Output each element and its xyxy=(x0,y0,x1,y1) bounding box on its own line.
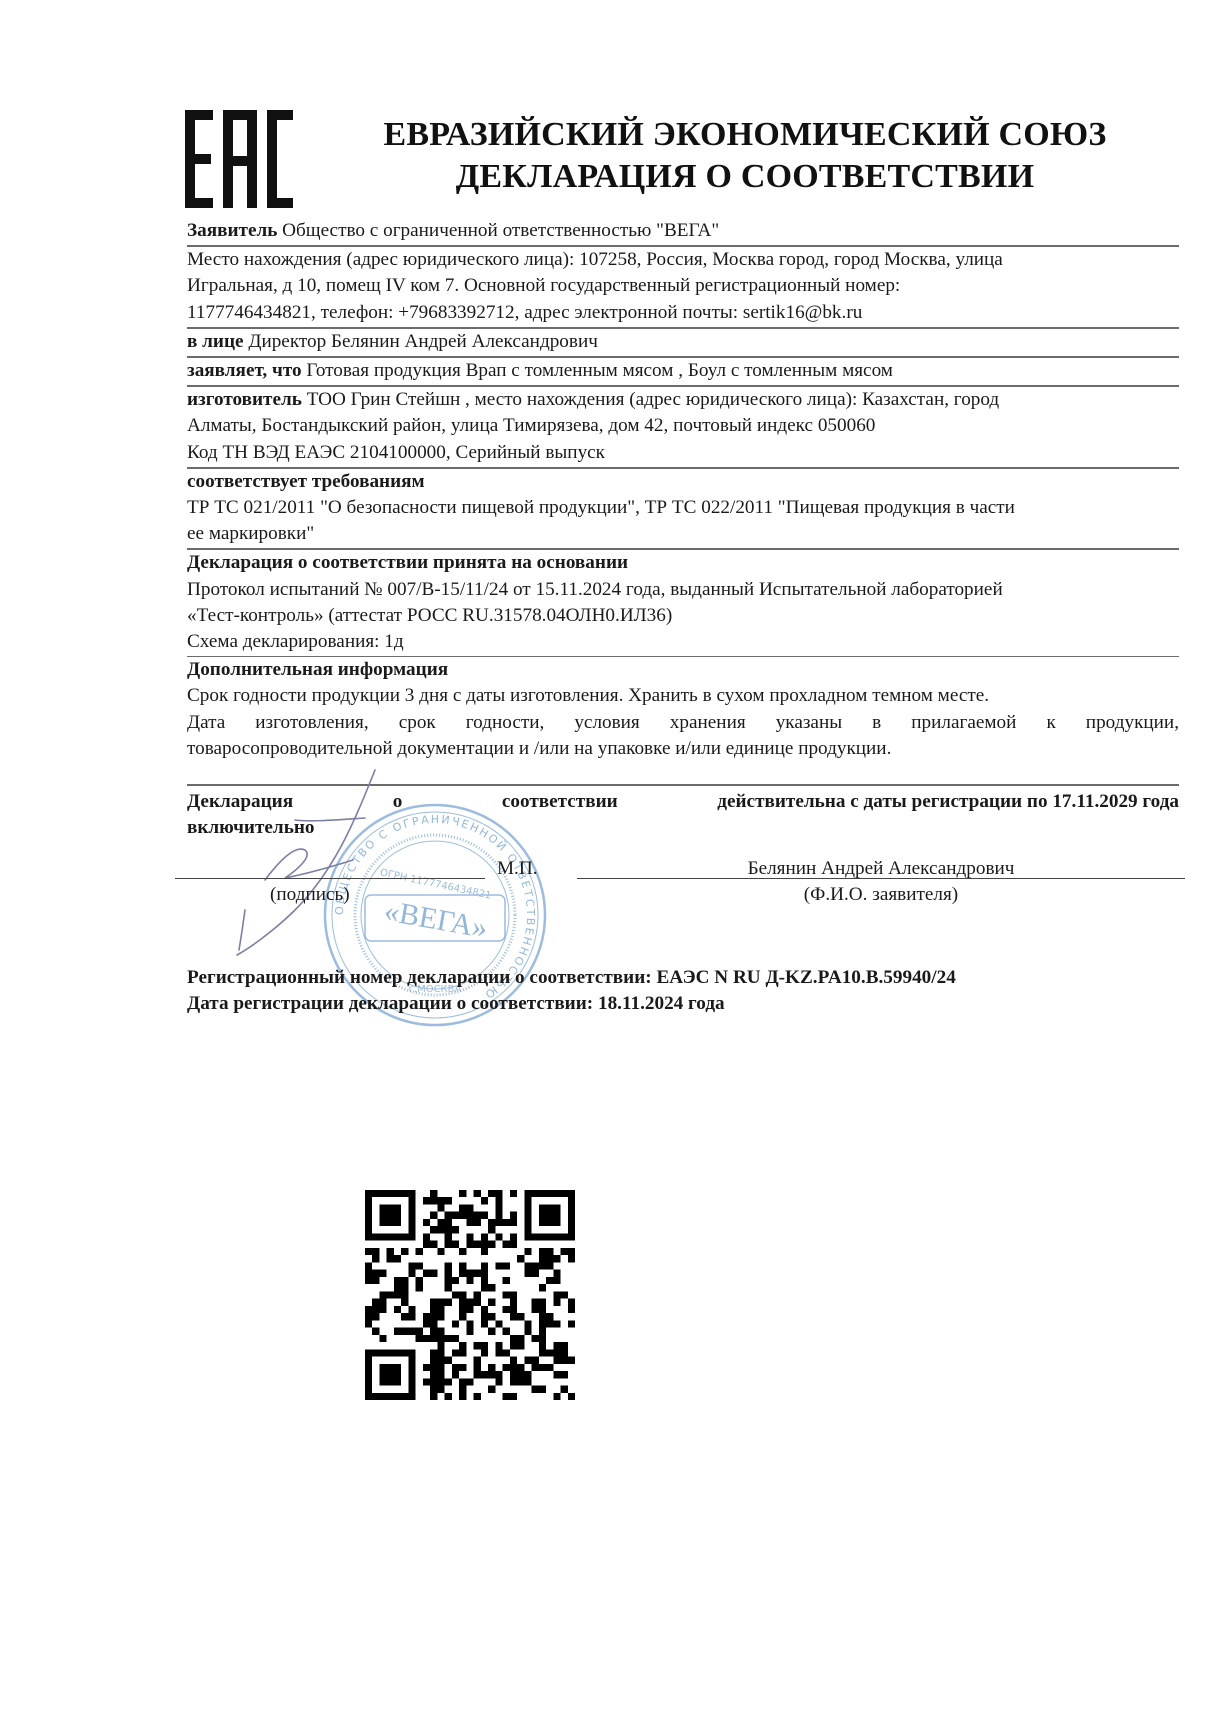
additional-label: Дополнительная информация xyxy=(187,657,1179,683)
requirements-line: ее маркировки" xyxy=(187,521,1179,547)
stamp-place-label: М.П. xyxy=(497,858,538,880)
additional-line: Дата изготовления, срок годности, услови… xyxy=(187,710,1179,736)
signature-line xyxy=(175,878,485,879)
applicant-value: Общество с ограниченной ответственностью… xyxy=(282,220,719,241)
union-title: ЕВРАЗИЙСКИЙ ЭКОНОМИЧЕСКИЙ СОЮЗ xyxy=(330,114,1160,156)
registration-date: Дата регистрации декларации о соответств… xyxy=(187,991,956,1017)
manufacturer-value: ТОО Грин Стейшн , место нахождения (адре… xyxy=(307,389,1000,410)
address-section: Место нахождения (адрес юридического лиц… xyxy=(187,247,1179,329)
basis-label: Декларация о соответствии принята на осн… xyxy=(187,550,1179,576)
registration-number: Регистрационный номер декларации о соотв… xyxy=(187,965,956,991)
basis-line: Схема декларирования: 1д xyxy=(187,629,1179,655)
product-value: Готовая продукция Врап с томленным мясом… xyxy=(306,360,893,381)
basis-line: «Тест-контроль» (аттестат РОСС RU.31578.… xyxy=(187,603,1179,629)
validity-text: действительна с даты регистрации по 17.1… xyxy=(717,789,1179,815)
manufacturer-section: изготовитель ТОО Грин Стейшн , место нах… xyxy=(187,387,1179,469)
additional-line: товаросопроводительной документации и /и… xyxy=(187,736,1179,762)
declares-label: заявляет, что xyxy=(187,360,302,381)
declaration-body: Заявитель Общество с ограниченной ответс… xyxy=(187,218,1179,841)
additional-section: Дополнительная информация Срок годности … xyxy=(187,657,1179,762)
requirements-line: ТР ТС 021/2011 "О безопасности пищевой п… xyxy=(187,495,1179,521)
requirements-section: соответствует требованиям ТР ТС 021/2011… xyxy=(187,469,1179,551)
manufacturer-line: Алматы, Бостандыкский район, улица Тимир… xyxy=(187,413,1179,439)
manufacturer-line: Код ТН ВЭД ЕАЭС 2104100000, Серийный вып… xyxy=(187,440,1179,466)
registration-block: Регистрационный номер декларации о соотв… xyxy=(187,965,956,1017)
additional-line: Срок годности продукции 3 дня с даты изг… xyxy=(187,683,1179,709)
declaration-title: ДЕКЛАРАЦИЯ О СООТВЕТСТВИИ xyxy=(330,156,1160,198)
address-line: 1177746434821, телефон: +79683392712, ад… xyxy=(187,300,1179,326)
applicant-label: Заявитель xyxy=(187,220,277,241)
name-caption: (Ф.И.О. заявителя) xyxy=(577,884,1185,906)
signature-caption: (подпись) xyxy=(270,884,350,906)
representative-section: в лице Директор Белянин Андрей Александр… xyxy=(187,329,1179,358)
address-line: Игральная, д 10, помещ IV ком 7. Основно… xyxy=(187,273,1179,299)
requirements-label: соответствует требованиям xyxy=(187,469,1179,495)
qr-code[interactable] xyxy=(365,1190,575,1400)
basis-line: Протокол испытаний № 007/В-15/11/24 от 1… xyxy=(187,577,1179,603)
signer-name: Белянин Андрей Александрович xyxy=(577,858,1185,880)
document-header: ЕВРАЗИЙСКИЙ ЭКОНОМИЧЕСКИЙ СОЮЗ ДЕКЛАРАЦИ… xyxy=(330,114,1160,198)
applicant-section: Заявитель Общество с ограниченной ответс… xyxy=(187,218,1179,247)
signature-row: М.П. Белянин Андрей Александрович (подпи… xyxy=(175,858,1185,918)
eac-logo xyxy=(185,110,293,208)
declares-section: заявляет, что Готовая продукция Врап с т… xyxy=(187,358,1179,387)
address-line: Место нахождения (адрес юридического лиц… xyxy=(187,247,1179,273)
representative-label: в лице xyxy=(187,331,244,352)
manufacturer-label: изготовитель xyxy=(187,389,302,410)
basis-section: Декларация о соответствии принята на осн… xyxy=(187,550,1179,657)
representative-value: Директор Белянин Андрей Александрович xyxy=(248,331,598,352)
